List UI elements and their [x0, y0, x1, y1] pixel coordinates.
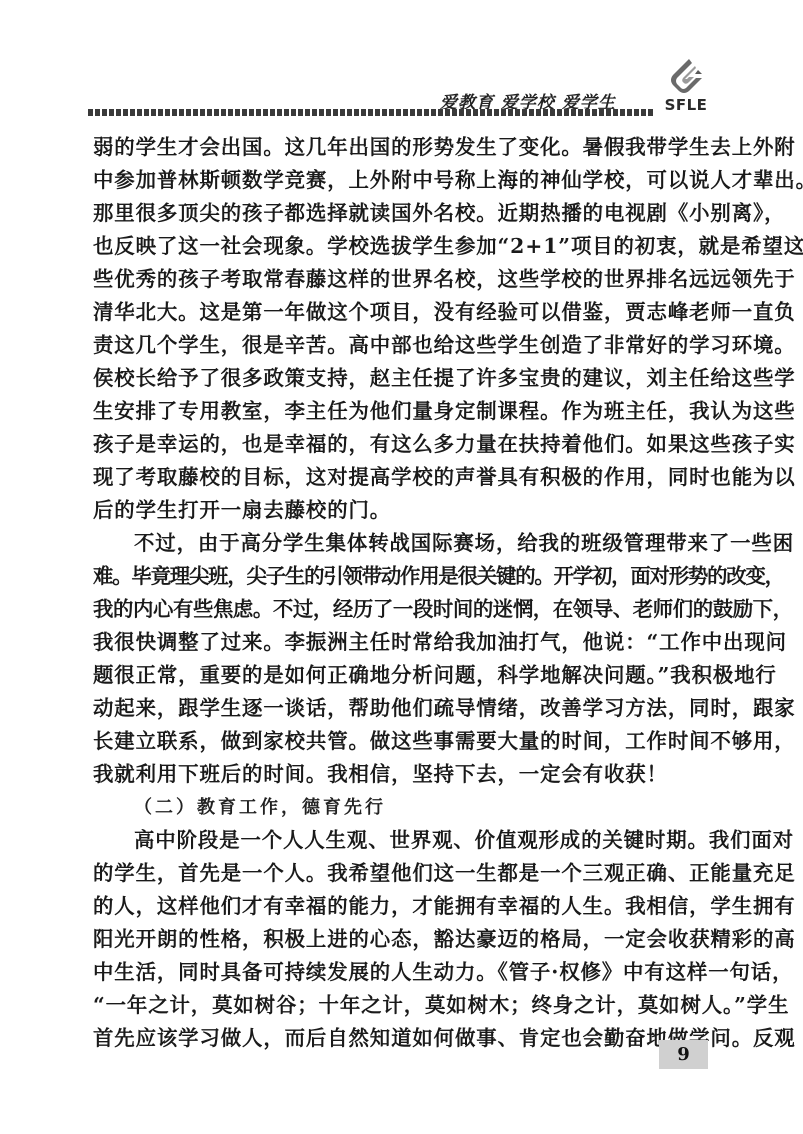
text-line: 动起来，跟学生逐一谈话，帮助他们疏导情绪，改善学习方法，同时，跟家: [93, 692, 713, 725]
text-line: 也反映了这一社会现象。学校选拔学生参加“2+1”项目的初衷，就是希望这: [93, 230, 713, 263]
text-line: 难。毕竟理尖班，尖子生的引领带动作用是很关键的。开学初，面对形势的改变，: [93, 560, 713, 593]
sfle-logo: SFLE: [655, 58, 717, 120]
text-line: 孩子是幸运的，也是幸福的，有这么多力量在扶持着他们。如果这些孩子实: [93, 428, 713, 461]
text-line: 现了考取藤校的目标，这对提高学校的声誉具有积极的作用，同时也能为以: [93, 461, 713, 494]
text-line: 的人，这样他们才有幸福的能力，才能拥有幸福的人生。我相信，学生拥有: [93, 890, 713, 923]
text-line: “一年之计，莫如树谷；十年之计，莫如树木；终身之计，莫如树人。”学生: [93, 989, 713, 1022]
paragraph-start-line: 不过，由于高分学生集体转战国际赛场，给我的班级管理带来了一些困: [93, 527, 713, 560]
text-line: 我很快调整了过来。李振洲主任时常给我加油打气，他说：“工作中出现问: [93, 626, 713, 659]
text-line: 长建立联系，做到家校共管。做这些事需要大量的时间，工作时间不够用，: [93, 725, 713, 758]
text-line: 中生活，同时具备可持续发展的人生动力。《管子·权修》中有这样一句话，: [93, 956, 713, 989]
sfle-logo-icon: [665, 58, 705, 96]
text-line: 题很正常，重要的是如何正确地分析问题，科学地解决问题。”我积极地行: [93, 659, 713, 692]
section-heading: （二）教育工作，德育先行: [93, 791, 713, 824]
text-line: 阳光开朗的性格，积极上进的心态，豁达豪迈的格局，一定会收获精彩的高: [93, 923, 713, 956]
text-line: 弱的学生才会出国。这几年出国的形势发生了变化。暑假我带学生去上外附: [93, 131, 713, 164]
text-line: 我的内心有些焦虑。不过，经历了一段时间的迷惘，在领导、老师们的鼓励下，: [93, 593, 713, 626]
text-line: 我就利用下班后的时间。我相信，坚持下去，一定会有收获！: [93, 758, 713, 791]
text-line: 生安排了专用教室，李主任为他们量身定制课程。作为班主任，我认为这些: [93, 395, 713, 428]
text-line: 些优秀的孩子考取常春藤这样的世界名校，这些学校的世界排名远远领先于: [93, 263, 713, 296]
body-text: 弱的学生才会出国。这几年出国的形势发生了变化。暑假我带学生去上外附 中参加普林斯…: [93, 131, 713, 1055]
text-line: 中参加普林斯顿数学竞赛，上外附中号称上海的神仙学校，可以说人才辈出。: [93, 164, 713, 197]
logo-text: SFLE: [655, 96, 717, 114]
text-line: 那里很多顶尖的孩子都选择就读国外名校。近期热播的电视剧《小别离》，: [93, 197, 713, 230]
text-line: 清华北大。这是第一年做这个项目，没有经验可以借鉴，贾志峰老师一直负: [93, 296, 713, 329]
text-line: 的学生，首先是一个人。我希望他们这一生都是一个三观正确、正能量充足: [93, 857, 713, 890]
page-number: 9: [659, 1040, 708, 1069]
text-line: 责这几个学生，很是辛苦。高中部也给这些学生创造了非常好的学习环境。: [93, 329, 713, 362]
text-line: 首先应该学习做人，而后自然知道如何做事、肯定也会勤奋地做学问。反观: [93, 1022, 713, 1055]
header-dashed-rule: [88, 109, 653, 116]
paragraph-start-line: 高中阶段是一个人人生观、世界观、价值观形成的关键时期。我们面对: [93, 824, 713, 857]
text-line: 后的学生打开一扇去藤校的门。: [93, 494, 713, 527]
text-line: 侯校长给予了很多政策支持，赵主任提了许多宝贵的建议，刘主任给这些学: [93, 362, 713, 395]
